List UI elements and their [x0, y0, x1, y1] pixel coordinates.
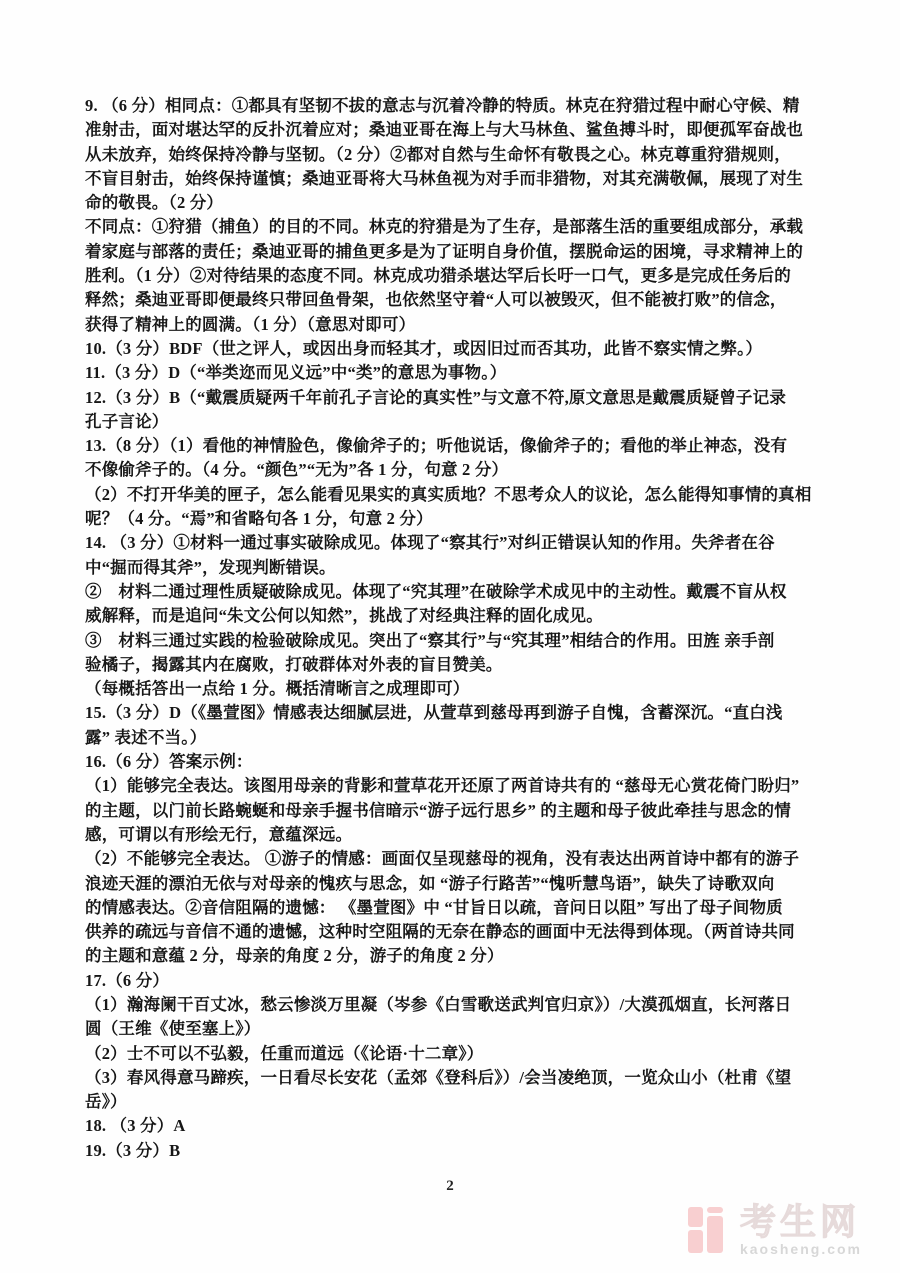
text-line: 露” 表述不当。） [85, 726, 825, 750]
text-line: ③ 材料三通过实践的检验破除成见。突出了“察其行”与“究其理”相结合的作用。田旌… [85, 629, 825, 653]
text-line: 不像偷斧子的。（4 分。“颜色”“无为”各 1 分，句意 2 分） [85, 458, 825, 482]
text-line: 供养的疏远与音信不通的遗憾，这种时空阻隔的无奈在静态的画面中无法得到体现。（两首… [85, 920, 825, 944]
text-line: 感，可谓以有形绘无行，意蕴深远。 [85, 823, 825, 847]
text-line: 的主题，以门前长路蜿蜒和母亲手握书信暗示“游子远行思乡” 的主题和母子彼此牵挂与… [85, 799, 825, 823]
text-line: 11.（3 分）D（“举类迩而见义远”中“类”的意思为事物。） [85, 361, 825, 385]
text-line: 胜利。（1 分）②对待结果的态度不同。林克成功猎杀堪达罕后长吁一口气，更多是完成… [85, 264, 825, 288]
text-line: 中“掘而得其斧”，发现判断错误。 [85, 556, 825, 580]
answer-key-text: 9. （6 分）相同点：①都具有坚韧不拔的意志与沉着冷静的特质。林克在狩猎过程中… [85, 94, 825, 1163]
text-line: 19.（3 分）B [85, 1139, 825, 1163]
text-line: 呢？（4 分。“焉”和省略句各 1 分，句意 2 分） [85, 507, 825, 531]
text-line: 从未放弃，始终保持冷静与坚韧。（2 分）②都对自然与生命怀有敬畏之心。林克尊重狩… [85, 143, 825, 167]
text-line: 17.（6 分） [85, 969, 825, 993]
text-line: 圆（王维《使至塞上》） [85, 1017, 825, 1041]
text-line: 释然；桑迪亚哥即便最终只带回鱼骨架，也依然坚守着“人可以被毁灭，但不能被打败”的… [85, 288, 825, 312]
text-line: （1）能够完全表达。该图用母亲的背影和萱草花开还原了两首诗共有的 “慈母无心赏花… [85, 774, 825, 798]
text-line: 不同点：①狩猎（捕鱼）的目的不同。林克的狩猎是为了生存，是部落生活的重要组成部分… [85, 215, 825, 239]
text-line: 威解释，而是追问“朱文公何以知然”，挑战了对经典注释的固化成见。 [85, 604, 825, 628]
watermark-text: 考生网 kaosheng.com [740, 1204, 862, 1257]
text-line: （每概括答出一点给 1 分。概括清晰言之成理即可） [85, 677, 825, 701]
text-line: 16.（6 分）答案示例： [85, 750, 825, 774]
text-line: 着家庭与部落的责任；桑迪亚哥的捕鱼更多是为了证明自身价值，摆脱命运的困境，寻求精… [85, 240, 825, 264]
text-line: 12.（3 分）B（“戴震质疑两千年前孔子言论的真实性”与文意不符,原文意思是戴… [85, 386, 825, 410]
document-page: 9. （6 分）相同点：①都具有坚韧不拔的意志与沉着冷静的特质。林克在狩猎过程中… [0, 0, 900, 1273]
page-number: 2 [0, 1178, 900, 1195]
kaosheng-logo-icon [688, 1207, 728, 1253]
text-line: 10.（3 分）BDF（世之评人，或因出身而轻其才，或因旧过而否其功，此皆不察实… [85, 337, 825, 361]
watermark: 考生网 kaosheng.com [688, 1204, 862, 1257]
text-line: 命的敬畏。（2 分） [85, 191, 825, 215]
text-line: ② 材料二通过理性质疑破除成见。体现了“究其理”在破除学术成见中的主动性。戴震不… [85, 580, 825, 604]
text-line: （2）士不可以不弘毅，任重而道远（《论语·十二章》） [85, 1042, 825, 1066]
text-line: 获得了精神上的圆满。（1 分）（意思对即可） [85, 313, 825, 337]
watermark-brand-name: 考生网 [740, 1204, 862, 1240]
text-line: 9. （6 分）相同点：①都具有坚韧不拔的意志与沉着冷静的特质。林克在狩猎过程中… [85, 94, 825, 118]
text-line: 15.（3 分）D（《墨萱图》情感表达细腻层进，从萱草到慈母再到游子自愧，含蓄深… [85, 701, 825, 725]
text-line: 14. （3 分）①材料一通过事实破除成见。体现了“察其行”对纠正错误认知的作用… [85, 531, 825, 555]
text-line: （2）不打开华美的匣子，怎么能看见果实的真实质地？不思考众人的议论，怎么能得知事… [85, 483, 825, 507]
text-line: 的主题和意蕴 2 分，母亲的角度 2 分，游子的角度 2 分） [85, 944, 825, 968]
text-line: 验橘子，揭露其内在腐败，打破群体对外表的盲目赞美。 [85, 653, 825, 677]
text-line: 13.（8 分）（1）看他的神情脸色，像偷斧子的；听他说话，像偷斧子的；看他的举… [85, 434, 825, 458]
text-line: （1）瀚海阑干百丈冰，愁云惨淡万里凝（岑参《白雪歌送武判官归京》）/大漠孤烟直，… [85, 993, 825, 1017]
text-line: （2）不能够完全表达。 ①游子的情感：画面仅呈现慈母的视角，没有表达出两首诗中都… [85, 847, 825, 871]
text-line: 浪迹天涯的漂泊无依与对母亲的愧疚与思念，如 “游子行路苦”“愧听慧鸟语”，缺失了… [85, 872, 825, 896]
text-line: 准射击，面对堪达罕的反扑沉着应对；桑迪亚哥在海上与大马林鱼、鲨鱼搏斗时，即便孤军… [85, 118, 825, 142]
text-line: 不盲目射击，始终保持谨慎；桑迪亚哥将大马林鱼视为对手而非猎物，对其充满敬佩，展现… [85, 167, 825, 191]
text-line: 孔子言论） [85, 410, 825, 434]
text-line: （3）春风得意马蹄疾，一日看尽长安花（孟郊《登科后》）/会当凌绝顶，一览众山小（… [85, 1066, 825, 1090]
watermark-domain: kaosheng.com [740, 1242, 862, 1257]
text-line: 18. （3 分）A [85, 1114, 825, 1138]
text-line: 岳》） [85, 1090, 825, 1114]
text-line: 的情感表达。②音信阻隔的遗憾： 《墨萱图》中 “甘旨日以疏，音问日以阻” 写出了… [85, 896, 825, 920]
